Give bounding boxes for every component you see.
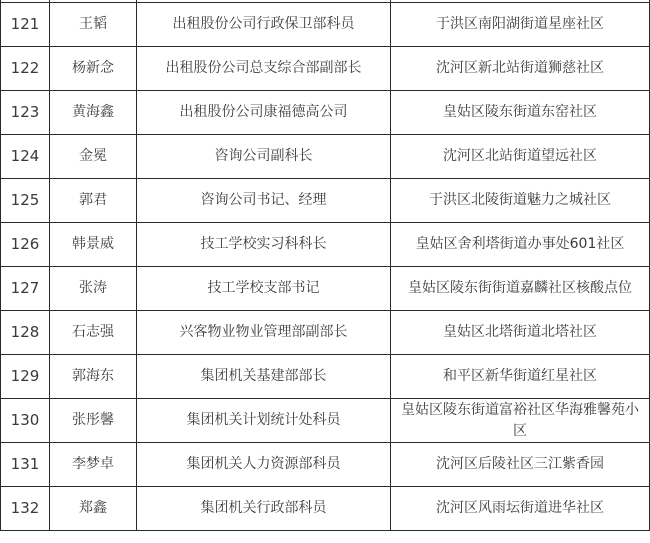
cell-number: 131: [1, 443, 50, 487]
cell-name: 石志强: [50, 311, 137, 355]
cell-name: 李梦卓: [50, 443, 137, 487]
cell-number: 124: [1, 135, 50, 179]
cell-position: 技工学校实习科科长: [137, 223, 391, 267]
table-row: 130 张彤馨 集团机关计划统计处科员 皇姑区陵东街道富裕社区华海雅馨苑小区: [1, 399, 650, 443]
cell-number: 127: [1, 267, 50, 311]
cell-number: 125: [1, 179, 50, 223]
cell-position: 咨询公司副科长: [137, 135, 391, 179]
cell-address: 沈河区风雨坛街道进华社区: [391, 487, 650, 531]
cell-name: 韩景威: [50, 223, 137, 267]
cell-number: 126: [1, 223, 50, 267]
table-row: 125 郭君 咨询公司书记、经理 于洪区北陵街道魅力之城社区: [1, 179, 650, 223]
cell-position: 集团机关计划统计处科员: [137, 399, 391, 443]
table-row: 124 金冕 咨询公司副科长 沈河区北站街道望远社区: [1, 135, 650, 179]
cell-name: 王韬: [50, 3, 137, 47]
cell-position: 出租股份公司总支综合部副部长: [137, 47, 391, 91]
cell-number: 132: [1, 487, 50, 531]
table-row: 129 郭海东 集团机关基建部部长 和平区新华街道红星社区: [1, 355, 650, 399]
cell-address: 于洪区北陵街道魅力之城社区: [391, 179, 650, 223]
cell-address: 皇姑区陵东街道富裕社区华海雅馨苑小区: [391, 399, 650, 443]
cell-name: 黄海鑫: [50, 91, 137, 135]
cell-number: 129: [1, 355, 50, 399]
table-row: 132 郑鑫 集团机关行政部科员 沈河区风雨坛街道进华社区: [1, 487, 650, 531]
cell-position: 兴客物业物业管理部副部长: [137, 311, 391, 355]
cell-address: 皇姑区舍利塔街道办事处601社区: [391, 223, 650, 267]
table-row: 122 杨新念 出租股份公司总支综合部副部长 沈河区新北站街道狮慈社区: [1, 47, 650, 91]
cell-address: 于洪区南阳湖街道星座社区: [391, 3, 650, 47]
cell-position: 出租股份公司行政保卫部科员: [137, 3, 391, 47]
cell-address: 皇姑区北塔街道北塔社区: [391, 311, 650, 355]
cell-name: 杨新念: [50, 47, 137, 91]
cell-position: 出租股份公司康福德高公司: [137, 91, 391, 135]
table-row: 121 王韬 出租股份公司行政保卫部科员 于洪区南阳湖街道星座社区: [1, 3, 650, 47]
cell-number: 128: [1, 311, 50, 355]
cell-position: 集团机关行政部科员: [137, 487, 391, 531]
cell-address: 沈河区新北站街道狮慈社区: [391, 47, 650, 91]
cell-address: 皇姑区陵东街街道嘉麟社区核酸点位: [391, 267, 650, 311]
cell-position: 集团机关基建部部长: [137, 355, 391, 399]
cell-position: 技工学校支部书记: [137, 267, 391, 311]
personnel-table: 121 王韬 出租股份公司行政保卫部科员 于洪区南阳湖街道星座社区 122 杨新…: [0, 0, 650, 531]
cell-position: 集团机关人力资源部科员: [137, 443, 391, 487]
cell-address: 皇姑区陵东街道东窑社区: [391, 91, 650, 135]
table-row: 131 李梦卓 集团机关人力资源部科员 沈河区后陵社区三江紫香园: [1, 443, 650, 487]
cell-address: 和平区新华街道红星社区: [391, 355, 650, 399]
cell-address: 沈河区北站街道望远社区: [391, 135, 650, 179]
table-row: 126 韩景威 技工学校实习科科长 皇姑区舍利塔街道办事处601社区: [1, 223, 650, 267]
cell-name: 张彤馨: [50, 399, 137, 443]
table-row: 128 石志强 兴客物业物业管理部副部长 皇姑区北塔街道北塔社区: [1, 311, 650, 355]
cell-number: 130: [1, 399, 50, 443]
cell-name: 金冕: [50, 135, 137, 179]
table-row: 127 张涛 技工学校支部书记 皇姑区陵东街街道嘉麟社区核酸点位: [1, 267, 650, 311]
cell-name: 郑鑫: [50, 487, 137, 531]
cell-name: 张涛: [50, 267, 137, 311]
cell-name: 郭君: [50, 179, 137, 223]
cell-address: 沈河区后陵社区三江紫香园: [391, 443, 650, 487]
table-row: 123 黄海鑫 出租股份公司康福德高公司 皇姑区陵东街道东窑社区: [1, 91, 650, 135]
cell-position: 咨询公司书记、经理: [137, 179, 391, 223]
cell-name: 郭海东: [50, 355, 137, 399]
cell-number: 123: [1, 91, 50, 135]
cell-number: 121: [1, 3, 50, 47]
cell-number: 122: [1, 47, 50, 91]
